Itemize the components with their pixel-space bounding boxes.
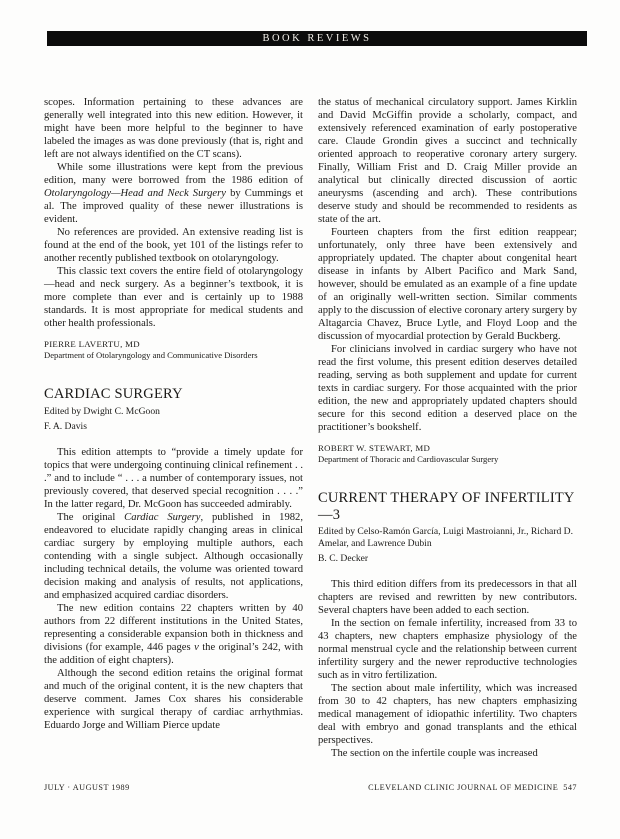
footer-journal-running-title: CLEVELAND CLINIC JOURNAL OF MEDICINE547 xyxy=(368,783,577,792)
text-segment: , published in 1982, endeavored to eluci… xyxy=(44,512,303,601)
text-segment: This third edition differs from its pred… xyxy=(318,579,577,616)
body-paragraph: The section on the infertile couple was … xyxy=(318,747,577,760)
reviewer-department: Department of Otolaryngology and Communi… xyxy=(44,350,303,361)
body-paragraph: scopes. Information pertaining to these … xyxy=(44,96,303,161)
body-paragraph: This edition attempts to “provide a time… xyxy=(44,446,303,511)
review-title-cardiac-surgery: CARDIAC SURGERY xyxy=(44,386,303,403)
text-segment: This classic text covers the entire fiel… xyxy=(44,266,303,329)
review-cardiac-body-right: the status of mechanical circulatory sup… xyxy=(318,96,577,434)
footer-journal-name: CLEVELAND CLINIC JOURNAL OF MEDICINE xyxy=(368,783,558,792)
footer-issue-date: JULY · AUGUST 1989 xyxy=(44,783,130,792)
review-title-infertility: CURRENT THERAPY OF INFERTILITY—3 xyxy=(318,490,577,523)
text-segment: The section about male infertility, whic… xyxy=(318,683,577,746)
body-paragraph: This third edition differs from its pred… xyxy=(318,578,577,617)
two-column-body: scopes. Information pertaining to these … xyxy=(44,96,577,760)
review-publisher-cardiac: F. A. Davis xyxy=(44,421,303,433)
body-paragraph: The original Cardiac Surgery, published … xyxy=(44,511,303,602)
page-footer: JULY · AUGUST 1989 CLEVELAND CLINIC JOUR… xyxy=(44,783,577,792)
left-column: scopes. Information pertaining to these … xyxy=(44,96,303,760)
italic-text-segment: Otolaryngology—Head and Neck Surgery xyxy=(44,188,226,199)
body-paragraph: Although the second edition retains the … xyxy=(44,667,303,732)
reviewer-department: Department of Thoracic and Cardiovascula… xyxy=(318,454,577,465)
body-paragraph: the status of mechanical circulatory sup… xyxy=(318,96,577,226)
text-segment: The original xyxy=(57,512,124,523)
footer-page-number: 547 xyxy=(563,783,577,792)
text-segment: No references are provided. An extensive… xyxy=(44,227,303,264)
text-segment: The section on the infertile couple was … xyxy=(331,748,538,759)
text-segment: scopes. Information pertaining to these … xyxy=(44,97,303,160)
body-paragraph: The new edition contains 22 chapters wri… xyxy=(44,602,303,667)
text-segment: Although the second edition retains the … xyxy=(44,668,303,731)
body-paragraph: No references are provided. An extensive… xyxy=(44,226,303,265)
section-banner: BOOK REVIEWS xyxy=(47,31,587,46)
text-segment: Fourteen chapters from the first edition… xyxy=(318,227,577,342)
body-paragraph: While some illustrations were kept from … xyxy=(44,161,303,226)
review-editors-cardiac: Edited by Dwight C. McGoon xyxy=(44,406,303,418)
review-cardiac-body-left: This edition attempts to “provide a time… xyxy=(44,446,303,732)
body-paragraph: The section about male infertility, whic… xyxy=(318,682,577,747)
review-otolaryngology-body: scopes. Information pertaining to these … xyxy=(44,96,303,330)
italic-text-segment: Cardiac Surgery xyxy=(124,512,200,523)
body-paragraph: This classic text covers the entire fiel… xyxy=(44,265,303,330)
text-segment: In the section on female infertility, in… xyxy=(318,618,577,681)
text-segment: For clinicians involved in cardiac surge… xyxy=(318,344,577,433)
text-segment: While some illustrations were kept from … xyxy=(44,162,303,186)
journal-page: BOOK REVIEWS scopes. Information pertain… xyxy=(0,0,620,839)
text-segment: This edition attempts to “provide a time… xyxy=(44,447,303,510)
reviewer-signature-lavertu: PIERRE LAVERTU, MD Department of Otolary… xyxy=(44,339,303,361)
review-editors-infertility: Edited by Celso-Ramón García, Luigi Mast… xyxy=(318,526,577,550)
review-publisher-infertility: B. C. Decker xyxy=(318,553,577,565)
body-paragraph: For clinicians involved in cardiac surge… xyxy=(318,343,577,434)
reviewer-signature-stewart: ROBERT W. STEWART, MD Department of Thor… xyxy=(318,443,577,465)
body-paragraph: Fourteen chapters from the first edition… xyxy=(318,226,577,343)
text-segment: the status of mechanical circulatory sup… xyxy=(318,97,577,225)
body-paragraph: In the section on female infertility, in… xyxy=(318,617,577,682)
review-infertility-body: This third edition differs from its pred… xyxy=(318,578,577,760)
right-column: the status of mechanical circulatory sup… xyxy=(318,96,577,760)
reviewer-name: PIERRE LAVERTU, MD xyxy=(44,339,303,350)
reviewer-name: ROBERT W. STEWART, MD xyxy=(318,443,577,454)
section-banner-title: BOOK REVIEWS xyxy=(262,33,371,44)
